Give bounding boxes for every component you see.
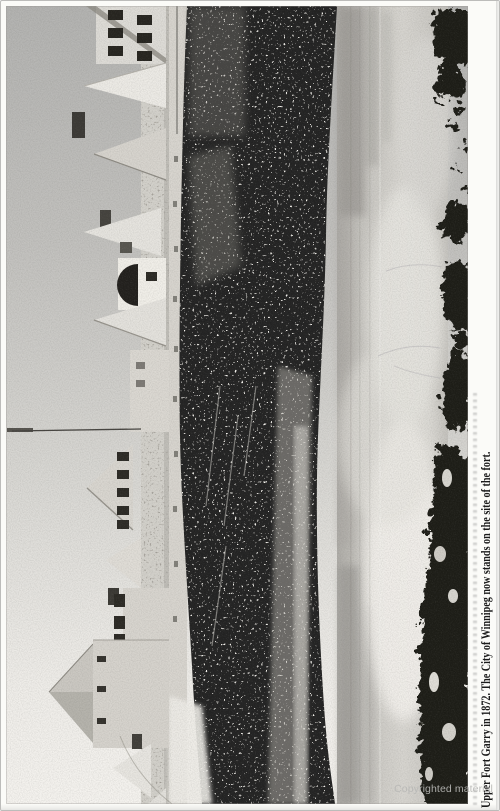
fort-photograph	[6, 6, 468, 804]
page-bleed-text	[473, 393, 477, 805]
fort-photograph-art	[6, 6, 468, 804]
scanned-book-page: Upper Fort Garry in 1872. The City of Wi…	[0, 0, 500, 811]
page-edge-right	[496, 1, 500, 811]
photo-caption: Upper Fort Garry in 1872. The City of Wi…	[479, 387, 493, 808]
copyright-watermark: Copyrighted material	[393, 783, 493, 795]
grain-light	[6, 6, 468, 804]
page-edge-bottom	[1, 804, 500, 811]
